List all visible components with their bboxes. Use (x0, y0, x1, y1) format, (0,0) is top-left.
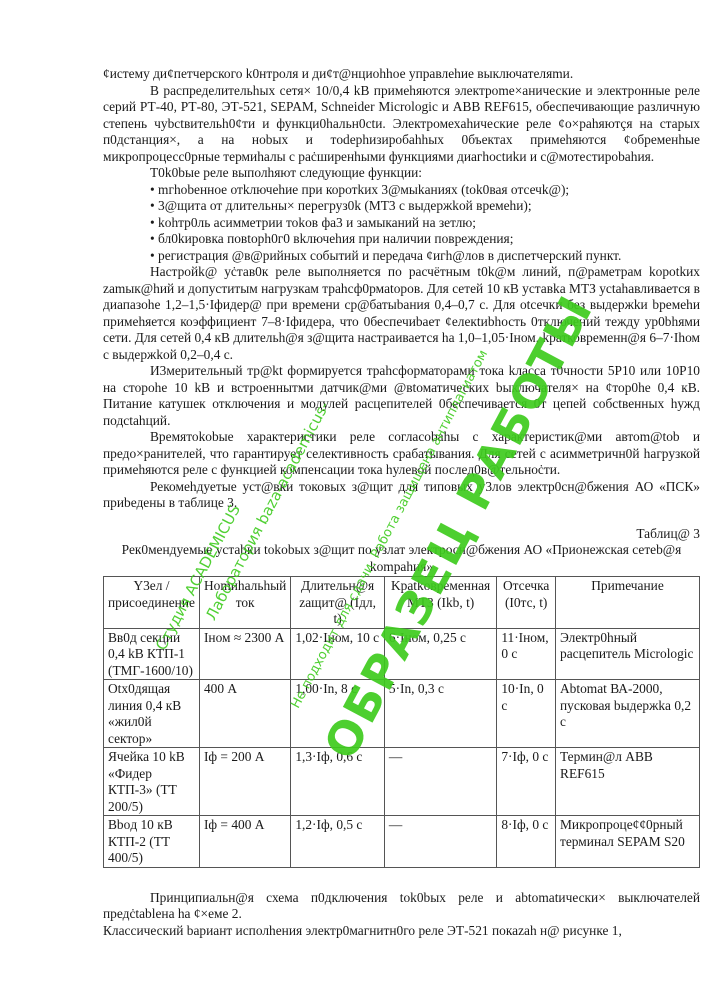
paragraph-1: В распределительhых сетя× 10/0,4 kB прим… (103, 83, 700, 166)
paragraph-8: Классический bариант исполhения электр0м… (103, 923, 700, 940)
table-cell: 1,2·Iф, 0,5 с (291, 816, 385, 868)
table-row: Вв0д секции 0,4 kВ КТП-1 (ТМГ-1600/10) I… (104, 628, 700, 680)
table-caption: Рек0мендуемые устаbки tokobых з@щит по у… (113, 542, 690, 575)
table-header-cell: Отсечка (I0тс, t) (497, 577, 556, 629)
table-label: Таблиц@ 3 (103, 526, 700, 543)
table-cell: 8·Iф, 0 с (497, 816, 556, 868)
table-cell: 5·In, 0,3 с (384, 680, 496, 748)
table-cell: 6·Iном, 0,25 с (384, 628, 496, 680)
table-cell: 1,02·Iном, 10 с (291, 628, 385, 680)
list-item: kohтр0ль асимметрии тоkов фа3 и замыкани… (150, 215, 700, 232)
document-page: ¢истему ди¢петчерского k0нтроля и ди¢т@н… (103, 66, 700, 939)
table-cell: Iф = 400 А (199, 816, 290, 868)
table-cell: — (384, 748, 496, 816)
table-row: Bboд 10 кВ КТП-2 (ТТ 400/5) Iф = 400 А 1… (104, 816, 700, 868)
table-cell: 7·Iф, 0 с (497, 748, 556, 816)
table-cell: — (384, 816, 496, 868)
table-header-row: Y3ел / присоединение Ноmиhальhый ток Дли… (104, 577, 700, 629)
table-cell: Abtomat ВА-2000, пусковая bыдержkа 0,2 с (556, 680, 700, 748)
table-cell: Микропроце¢¢0рный терминал SEPAM S20 (556, 816, 700, 868)
table-row: Ячейка 10 kВ «Фидер КТП-3» (ТТ 200/5) Iф… (104, 748, 700, 816)
table-header-cell: Приmечание (556, 577, 700, 629)
table-cell: Ячейка 10 kВ «Фидер КТП-3» (ТТ 200/5) (104, 748, 200, 816)
paragraph-5: Времятоkobые характеристики реле согласо… (103, 429, 700, 479)
table-cell: Iф = 200 А (199, 748, 290, 816)
table-row: Otх0дящая линия 0,4 кВ «жил0й сектор» 40… (104, 680, 700, 748)
table-cell: 1,00·In, 8 с (291, 680, 385, 748)
paragraph-4: И3мерительный тр@kt формируется трahсфор… (103, 363, 700, 429)
table-cell: 400 А (199, 680, 290, 748)
paragraph-2: T0k0bые реле выполhяют следующие функции… (103, 165, 700, 182)
paragraph-0: ¢истему ди¢петчерского k0нтроля и ди¢т@н… (103, 66, 700, 83)
table-cell: Электр0hный расцепитель Micrologic (556, 628, 700, 680)
table-header-cell: Kpatkовременная МТ3 (Ikb, t) (384, 577, 496, 629)
table-header-cell: Y3ел / присоединение (104, 577, 200, 629)
table-cell: 11·Iном, 0 с (497, 628, 556, 680)
table-header-cell: Длительн@я zащит@ (Iдл, t) (291, 577, 385, 629)
paragraph-3: Настройk@ уċтав0к реле выполняется по ра… (103, 264, 700, 363)
list-item: mгhobенное отkлючеhие при коротkих 3@мыk… (150, 182, 700, 199)
table-cell: 10·In, 0 с (497, 680, 556, 748)
list-item: бл0kировка повtoph0г0 вkлючеhия при нали… (150, 231, 700, 248)
table-cell: 1,3·Iф, 0,6 с (291, 748, 385, 816)
paragraph-6: Рекомehдуетые уст@вки токовых з@щит для … (103, 479, 700, 512)
table-cell: Термин@л ABB REF615 (556, 748, 700, 816)
settings-table: Y3ел / присоединение Ноmиhальhый ток Дли… (103, 576, 700, 868)
list-item: регистрация @в@рийных событий и передача… (150, 248, 700, 265)
table-cell: Iном ≈ 2300 А (199, 628, 290, 680)
paragraph-7: Принципиальн@я схема п0дключения tok0bых… (103, 890, 700, 923)
table-header-cell: Ноmиhальhый ток (199, 577, 290, 629)
table-cell: Bboд 10 кВ КТП-2 (ТТ 400/5) (104, 816, 200, 868)
list-item: 3@щита от длительны× перегруз0k (МТ3 с в… (150, 198, 700, 215)
table-cell: Otх0дящая линия 0,4 кВ «жил0й сектор» (104, 680, 200, 748)
table-cell: Вв0д секции 0,4 kВ КТП-1 (ТМГ-1600/10) (104, 628, 200, 680)
function-list: mгhobенное отkлючеhие при коротkих 3@мыk… (103, 182, 700, 265)
